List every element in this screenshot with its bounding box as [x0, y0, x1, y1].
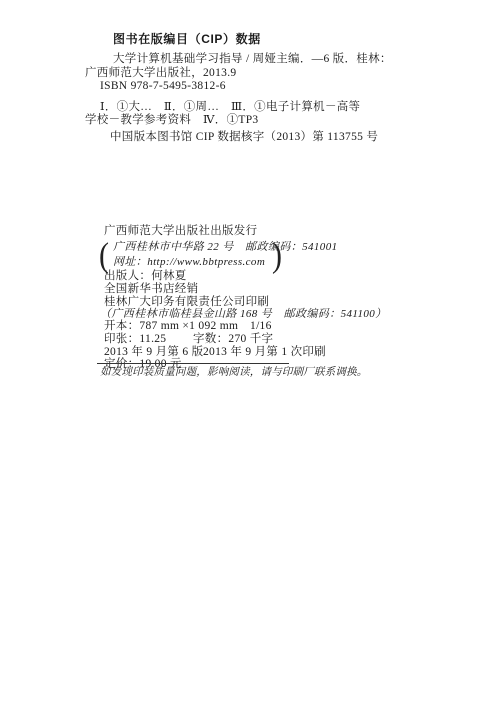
- word-count-value: 字数：270 千字: [193, 333, 273, 346]
- cip-isbn: ISBN 978-7-5495-3812-6: [100, 80, 226, 93]
- distribution-line: 全国新华书店经销: [104, 283, 198, 296]
- cip-title-line: 大学计算机基础学习指导 / 周娅主编．—6 版．桂林：: [113, 53, 392, 66]
- format-line: 开本：787 mm ×1 092 mm 1/16: [104, 320, 272, 333]
- publisher-line: 广西师范大学出版社出版发行: [104, 225, 257, 238]
- left-paren: (: [99, 239, 109, 274]
- publisher-website: 网址：http://www.bbtpress.com: [113, 256, 265, 269]
- right-paren: ): [272, 239, 282, 274]
- printing-value: 2013 年 9 月第 1 次印刷: [203, 346, 326, 359]
- sheets-value: 印张：11.25: [104, 333, 166, 346]
- cip-classification-line1: Ⅰ．①大… Ⅱ．①周… Ⅲ．①电子计算机－高等: [100, 101, 360, 114]
- cip-record-number: 中国版本图书馆 CIP 数据核字（2013）第 113755 号: [110, 131, 378, 144]
- divider-rule: [97, 363, 289, 364]
- publisher-person: 出版人：何林夏: [104, 270, 187, 283]
- cip-heading: 图书在版编目（CIP）数据: [113, 33, 261, 46]
- cip-classification-line2: 学校－教学参考资料 Ⅳ．①TP3: [85, 114, 258, 127]
- publisher-address: 广西桂林市中华路 22 号 邮政编码：541001: [113, 241, 338, 254]
- cip-publisher-line: 广西师范大学出版社，2013.9: [85, 67, 236, 80]
- quality-note: 如发现印装质量问题，影响阅读，请与印刷厂联系调换。: [100, 366, 368, 379]
- copyright-page: 图书在版编目（CIP）数据 大学计算机基础学习指导 / 周娅主编．—6 版．桂林…: [0, 0, 500, 707]
